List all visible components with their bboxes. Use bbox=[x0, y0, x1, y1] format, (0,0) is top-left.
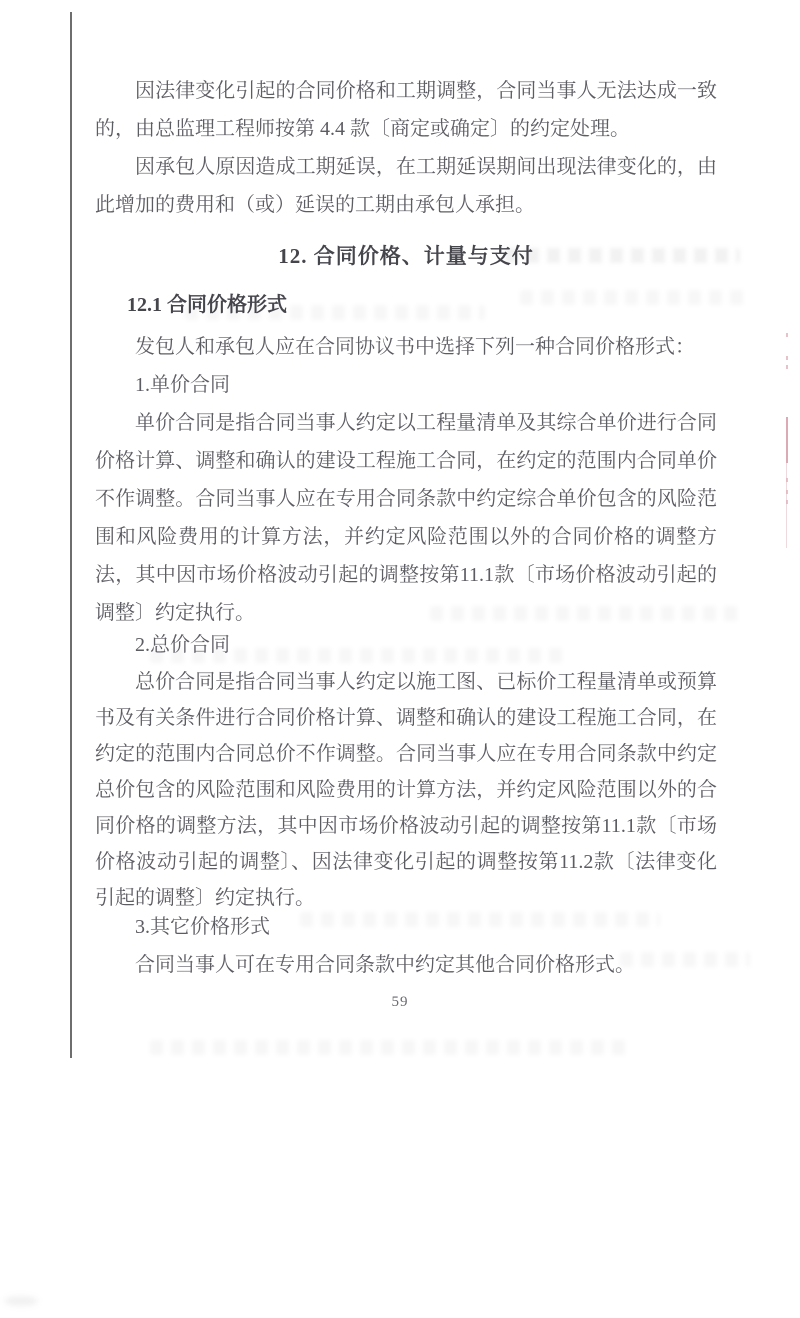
document-body: 因法律变化引起的合同价格和工期调整，合同当事人无法达成一致的，由总监理工程师按第… bbox=[95, 72, 717, 984]
margin-mark-dot bbox=[786, 500, 788, 504]
scan-edge-line bbox=[70, 12, 72, 1058]
margin-mark-dot bbox=[786, 356, 788, 360]
margin-mark-dot bbox=[786, 333, 788, 337]
paragraph-contractor-delay: 因承包人原因造成工期延误，在工期延误期间出现法律变化的，由此增加的费用和（或）延… bbox=[95, 148, 717, 224]
scanned-document-page: 因法律变化引起的合同价格和工期调整，合同当事人无法达成一致的，由总监理工程师按第… bbox=[0, 0, 800, 1318]
bleed-through-text bbox=[150, 1040, 630, 1055]
item-title-unit-price: 1.单价合同 bbox=[95, 366, 717, 404]
margin-mark-line bbox=[786, 463, 787, 548]
margin-mark-dot bbox=[786, 478, 788, 482]
paragraph-law-change-adjustment: 因法律变化引起的合同价格和工期调整，合同当事人无法达成一致的，由总监理工程师按第… bbox=[95, 72, 717, 148]
item-body-other-price-form: 合同当事人可在专用合同条款中约定其他合同价格形式。 bbox=[95, 946, 717, 984]
margin-mark-dot bbox=[786, 490, 788, 494]
subsection-heading: 12.1 合同价格形式 bbox=[95, 286, 717, 324]
item-body-lump-sum: 总价合同是指合同当事人约定以施工图、已标价工程量清单或预算书及有关条件进行合同价… bbox=[95, 664, 717, 916]
item-title-lump-sum: 2.总价合同 bbox=[95, 626, 717, 664]
intro-line: 发包人和承包人应在合同协议书中选择下列一种合同价格形式： bbox=[95, 328, 717, 366]
margin-mark-dot bbox=[786, 365, 788, 369]
page-number: 59 bbox=[0, 994, 800, 1011]
section-heading: 12. 合同价格、计量与支付 bbox=[95, 236, 717, 276]
item-body-unit-price: 单价合同是指合同当事人约定以工程量清单及其综合单价进行合同价格计算、调整和确认的… bbox=[95, 404, 717, 632]
item-title-other-price-form: 3.其它价格形式 bbox=[95, 908, 717, 946]
scan-smudge bbox=[4, 1296, 38, 1306]
margin-mark-line bbox=[786, 417, 788, 463]
